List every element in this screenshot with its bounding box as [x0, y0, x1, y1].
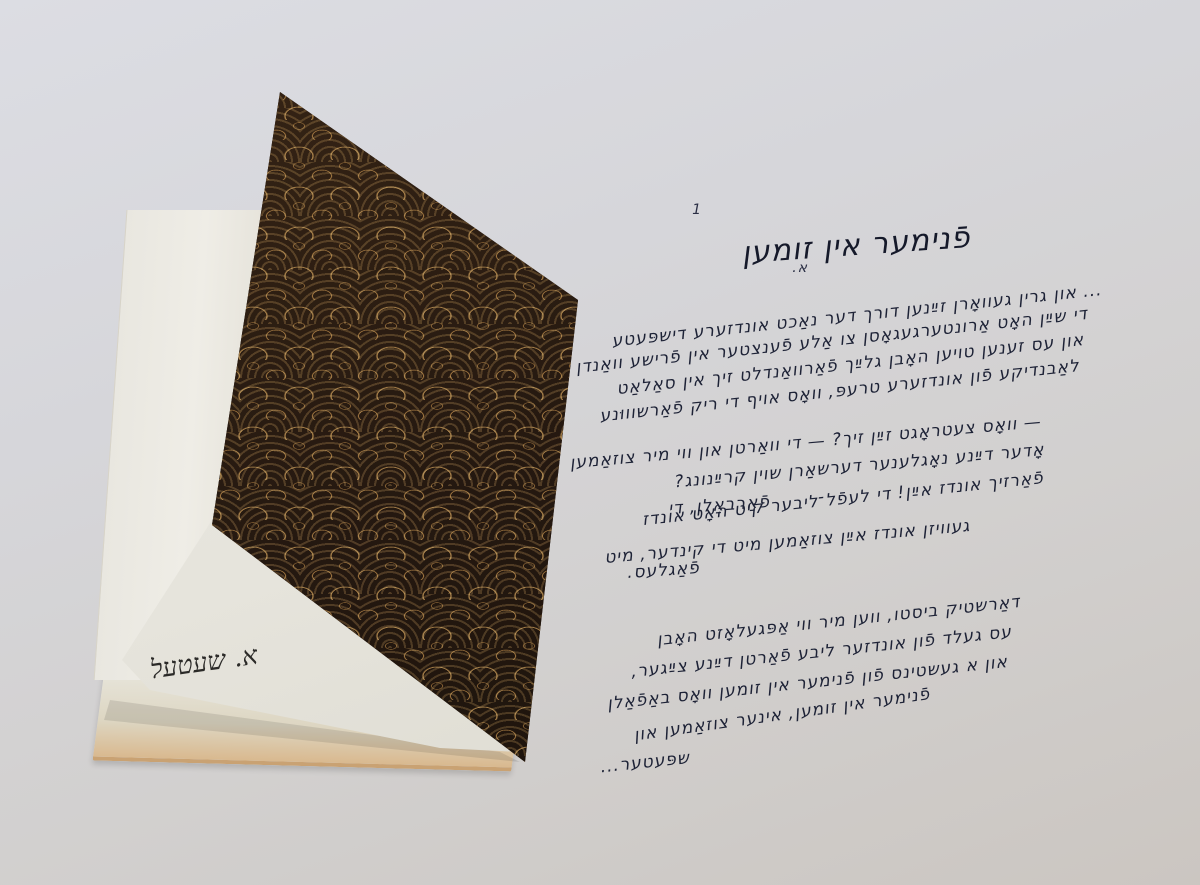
booklet: א. שעטעל [0, 0, 620, 885]
manuscript-line: פֿאַגלעס. [627, 558, 701, 583]
chapter-mark: א. [792, 260, 808, 276]
manuscript-line: שפּעטער... [600, 748, 691, 777]
page-number: 1 [692, 202, 702, 218]
handwritten-manuscript: 1 פֿנימער אין זומען א. ... און גרין געוו… [560, 180, 1120, 820]
photo-scene: א. שעטעל 1 פֿנימער אין זומען א. ... און … [0, 0, 1200, 885]
manuscript-title: פֿנימער אין זומען [740, 220, 971, 271]
